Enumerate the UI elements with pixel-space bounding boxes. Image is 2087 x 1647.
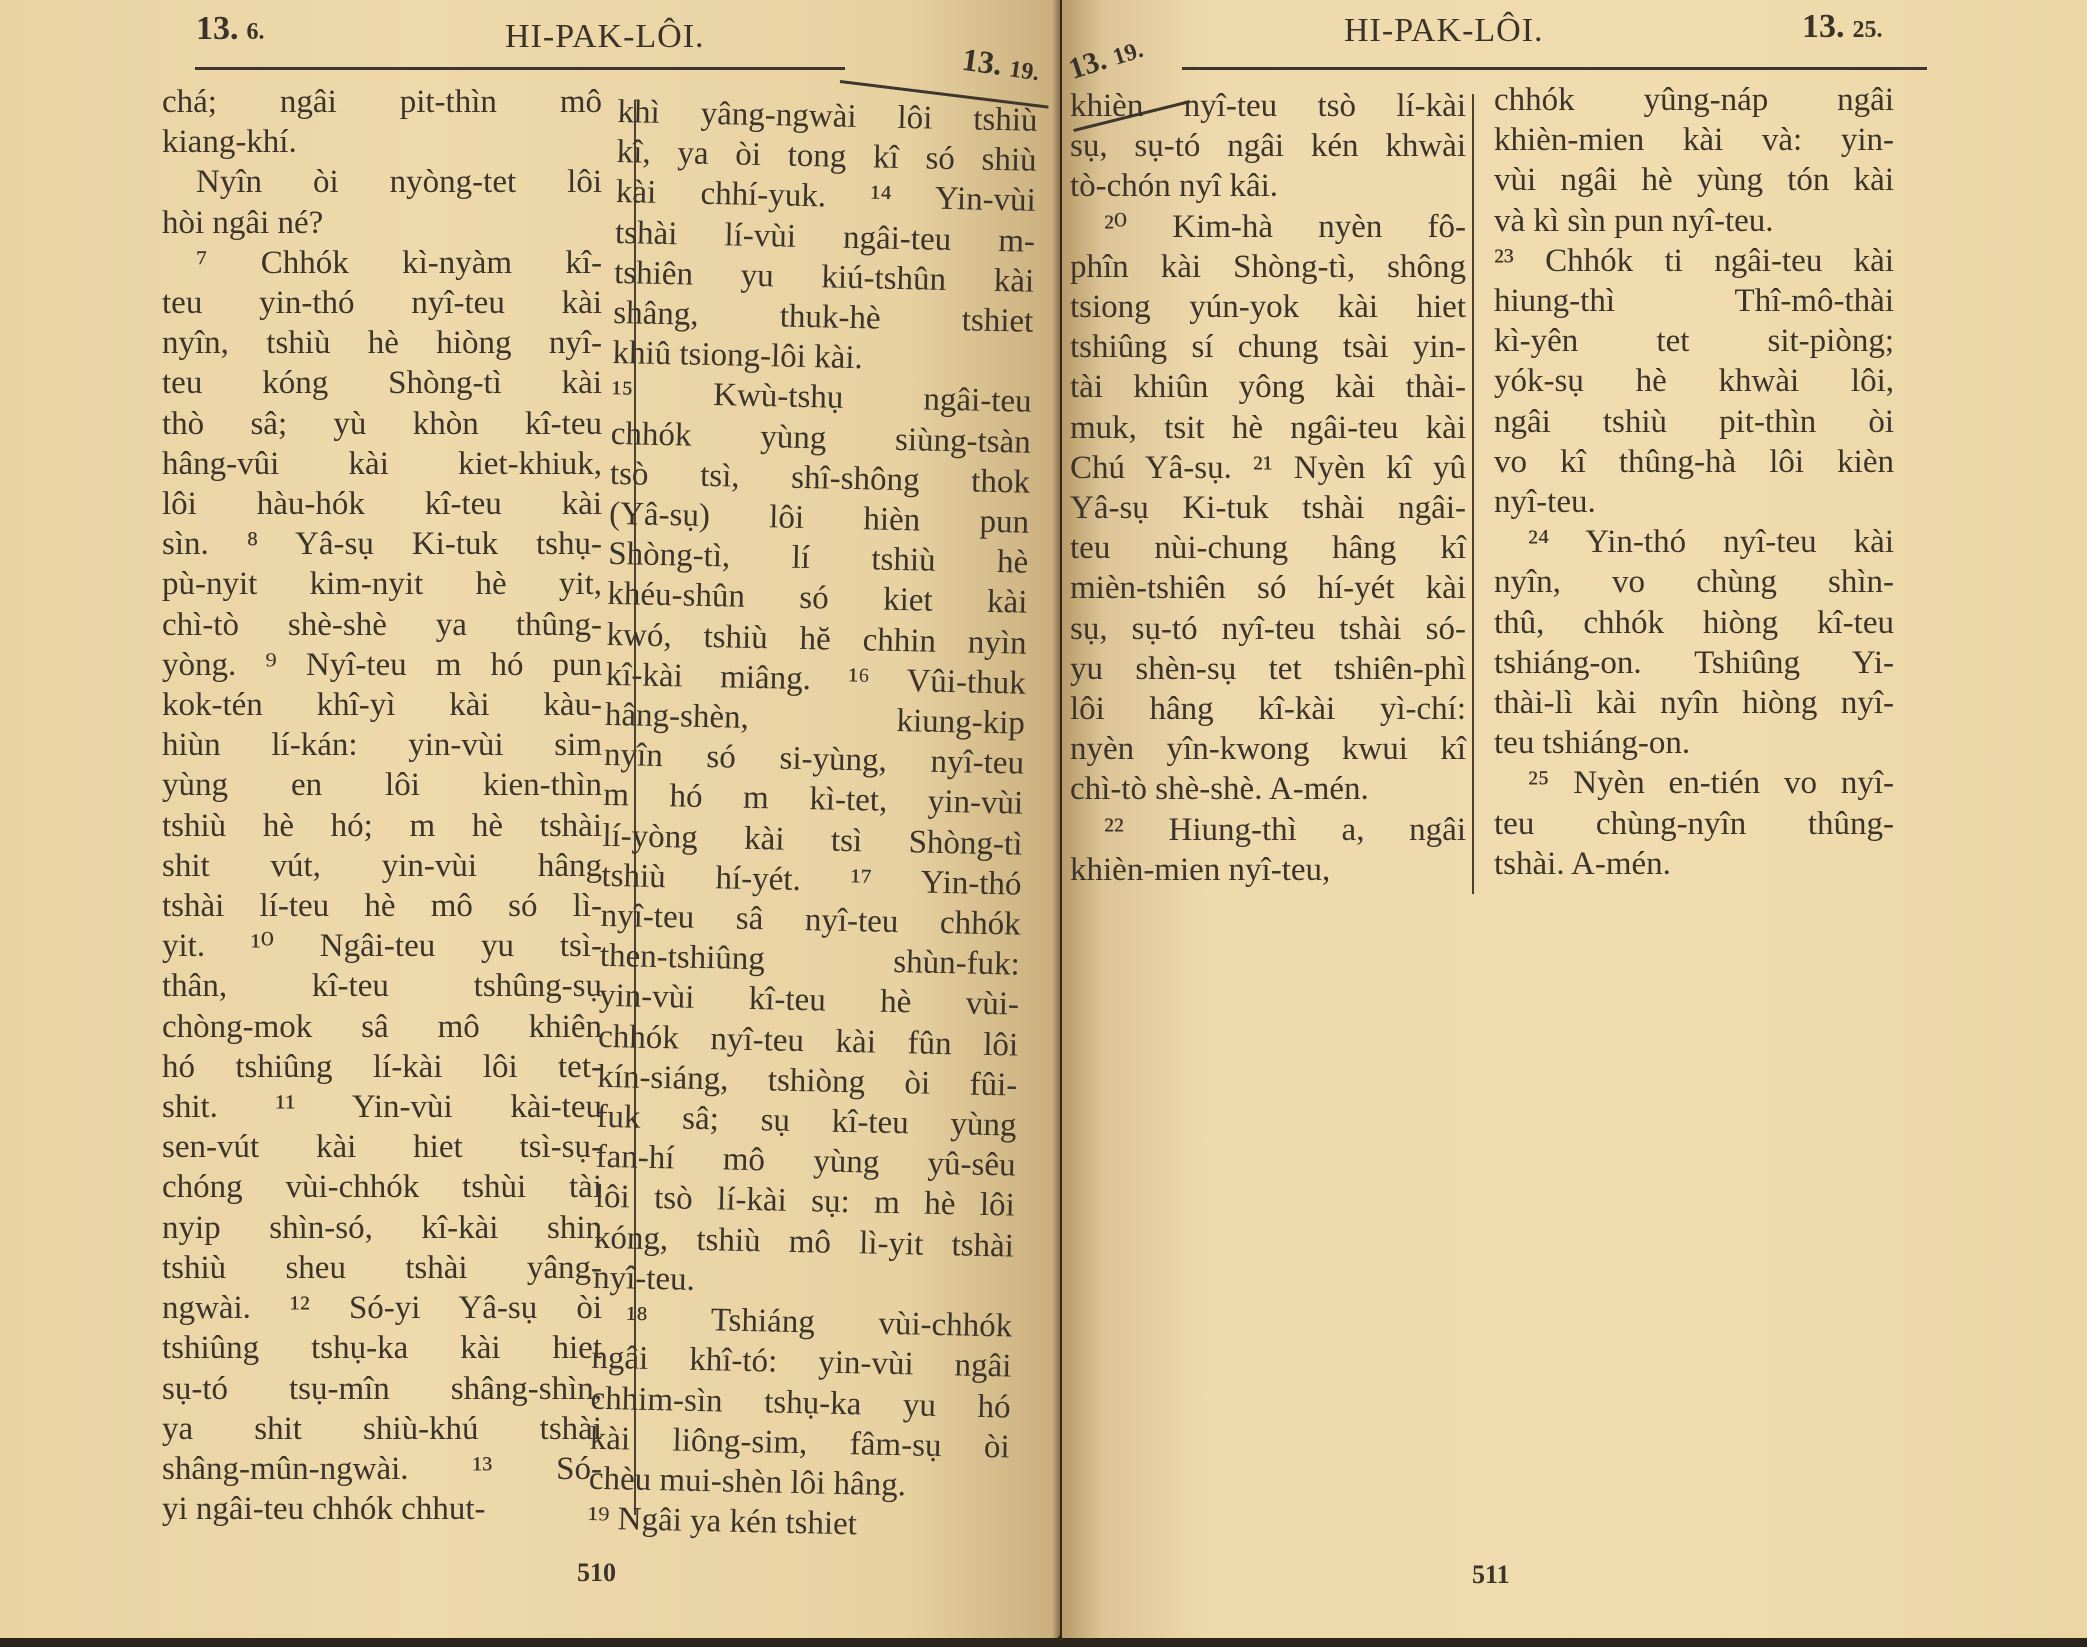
- text-line: kok-tén khî-yì kài kàu-: [162, 685, 602, 725]
- text-line: chì-tò shè-shè ya thûng-: [162, 605, 602, 645]
- text-line: tshiáng-on. Tshiûng Yi-: [1494, 643, 1894, 683]
- right-header-ref-start: 13.19.: [1065, 31, 1147, 87]
- page-number-right: 511: [1472, 1560, 1510, 1590]
- text-line: sụ, sụ-tó nyî-teu tshài só-: [1070, 609, 1466, 649]
- text-line: sụ, sụ-tó ngâi kén khwài: [1070, 126, 1466, 166]
- text-line: tshài. A-mén.: [1494, 844, 1894, 884]
- text-line: ²⁰ Kim-hà nyèn fô-: [1070, 207, 1466, 247]
- text-line: Yâ-sụ Ki-tuk tshài ngâi-: [1070, 488, 1466, 528]
- page-number-left: 510: [577, 1558, 616, 1588]
- verse-ref: 6.: [247, 19, 265, 45]
- text-line: hiùn lí-kán: yin-vùi sim: [162, 725, 602, 765]
- open-book-scan: 13.6. HI-PAK-LÔI. 13.19. chá; ngâi pit-t…: [0, 0, 2087, 1640]
- left-header-ref: 13.6.: [196, 10, 265, 48]
- text-line: hâng-vûi kài kiet-khiuk,: [162, 444, 602, 484]
- text-line: teu nùi-chung hâng kî: [1070, 528, 1466, 568]
- text-line: yók-sụ hè khwài lôi,: [1494, 361, 1894, 401]
- text-line: ya shit shiù-khú tshài: [162, 1409, 602, 1449]
- left-column-2: khì yâng-ngwài lôi tshiùkî, ya òi tong k…: [588, 92, 1038, 1548]
- text-line: chá; ngâi pit-thìn mô: [162, 82, 602, 122]
- text-line: teu chùng-nyîn thûng-: [1494, 804, 1894, 844]
- verse-ref: 25.: [1853, 17, 1883, 43]
- text-line: tshiù sheu tshài yâng-: [162, 1248, 602, 1288]
- text-line: hòi ngâi né?: [162, 203, 602, 243]
- text-line: khièn-mien kài và: yin-: [1494, 120, 1894, 160]
- text-line: ngwài. ¹² Só-yi Yâ-sụ òi: [162, 1288, 602, 1328]
- text-line: lôi hâng kî-kài yì-chí:: [1070, 689, 1466, 729]
- text-line: khièn-mien nyî-teu,: [1070, 850, 1466, 890]
- left-header-ref-end: 13.19.: [960, 41, 1042, 88]
- text-line: muk, tsit hè ngâi-teu kài: [1070, 408, 1466, 448]
- text-line: chhók yûng-náp ngâi: [1494, 80, 1894, 120]
- text-line: vùi ngâi hè yùng tón kài: [1494, 160, 1894, 200]
- text-line: sìn. ⁸ Yâ-sụ Ki-tuk tshụ-: [162, 524, 602, 564]
- text-line: phîn kài Shòng-tì, shông: [1070, 247, 1466, 287]
- text-line: ²⁵ Nyèn en-tién vo nyî-: [1494, 763, 1894, 803]
- text-line: nyîn, vo chùng shìn-: [1494, 562, 1894, 602]
- chapter-ref: 13.: [960, 41, 1005, 82]
- text-line: kiang-khí.: [162, 122, 602, 162]
- chapter-ref: 13.: [1802, 8, 1845, 45]
- text-line: yùng en lôi kien-thìn: [162, 765, 602, 805]
- text-line: tshiûng sí chung tsài yin-: [1070, 327, 1466, 367]
- text-line: teu yin-thó nyî-teu kài: [162, 283, 602, 323]
- chapter-ref: 13.: [196, 10, 239, 47]
- left-page: 13.6. HI-PAK-LÔI. 13.19. chá; ngâi pit-t…: [0, 0, 1060, 1638]
- text-line: pù-nyit kim-nyit hè yit,: [162, 564, 602, 604]
- text-line: shit vút, yin-vùi hâng: [162, 846, 602, 886]
- left-column-1: chá; ngâi pit-thìn môkiang-khí.Nyîn òi n…: [162, 82, 602, 1529]
- text-line: tsiong yún-yok kài hiet: [1070, 287, 1466, 327]
- text-line: lôi hàu-hók kî-teu kài: [162, 484, 602, 524]
- text-line: nyèn yîn-kwong kwui kî: [1070, 729, 1466, 769]
- text-line: nyip shìn-só, kî-kài shin: [162, 1208, 602, 1248]
- text-line: chóng vùi-chhók tshùi tài: [162, 1167, 602, 1207]
- text-line: ngâi tshiù pit-thìn òi: [1494, 402, 1894, 442]
- chapter-ref: 13.: [1065, 43, 1111, 86]
- text-line: teu kóng Shòng-tì kài: [162, 363, 602, 403]
- text-line: kì-yên tet sit-piòng;: [1494, 321, 1894, 361]
- text-line: và kì sìn pun nyî-teu.: [1494, 201, 1894, 241]
- header-rule: [1182, 67, 1927, 70]
- text-line: khièn nyî-teu tsò lí-kài: [1070, 86, 1466, 126]
- text-line: mièn-tshiên só hí-yét kài: [1070, 568, 1466, 608]
- text-line: thû, chhók hiòng kî-teu: [1494, 603, 1894, 643]
- text-line: teu tshiáng-on.: [1494, 723, 1894, 763]
- running-head-right: HI-PAK-LÔI.: [1344, 12, 1544, 50]
- text-line: shâng-mûn-ngwài. ¹³ Só-: [162, 1449, 602, 1489]
- right-column-1: khièn nyî-teu tsò lí-kàisụ, sụ-tó ngâi k…: [1070, 86, 1466, 890]
- text-line: vo kî thûng-hà lôi kièn: [1494, 442, 1894, 482]
- text-line: yòng. ⁹ Nyî-teu m hó pun: [162, 645, 602, 685]
- text-line: yu shèn-sụ tet tshiên-phì: [1070, 649, 1466, 689]
- text-line: tshài lí-teu hè mô só lì-: [162, 886, 602, 926]
- header-rule: [195, 67, 845, 70]
- running-head-left: HI-PAK-LÔI.: [505, 18, 705, 56]
- text-line: sụ-tó tsụ-mîn shâng-shìn,: [162, 1369, 602, 1409]
- text-line: nyî-teu.: [1494, 482, 1894, 522]
- text-line: ¹⁹ Ngâi ya kén tshiet: [588, 1499, 1009, 1548]
- text-line: yi ngâi-teu chhók chhut-: [162, 1489, 602, 1529]
- text-line: nyîn, tshiù hè hiòng nyî-: [162, 323, 602, 363]
- text-line: chòng-mok sâ mô khiên: [162, 1007, 602, 1047]
- text-line: chì-tò shè-shè. A-mén.: [1070, 769, 1466, 809]
- text-line: sen-vút kài hiet tsì-sụ-: [162, 1127, 602, 1167]
- right-header-ref: 13.25.: [1802, 8, 1883, 46]
- text-line: Nyîn òi nyòng-tet lôi: [162, 162, 602, 202]
- text-line: hiung-thì Thî-mô-thài: [1494, 281, 1894, 321]
- text-line: thân, kî-teu tshûng-sụ: [162, 966, 602, 1006]
- text-line: ⁷ Chhók kì-nyàm kî-: [162, 243, 602, 283]
- text-line: ²⁴ Yin-thó nyî-teu kài: [1494, 522, 1894, 562]
- text-line: tò-chón nyî kâi.: [1070, 166, 1466, 206]
- text-line: shit. ¹¹ Yin-vùi kài-teu: [162, 1087, 602, 1127]
- text-line: tshiûng tshụ-ka kài hiet: [162, 1328, 602, 1368]
- column-separator: [1472, 94, 1474, 894]
- text-line: tài khiûn yông kài thài-: [1070, 367, 1466, 407]
- text-line: thài-lì kài nyîn hiòng nyî-: [1494, 683, 1894, 723]
- text-line: ²³ Chhók ti ngâi-teu kài: [1494, 241, 1894, 281]
- verse-ref: 19.: [1110, 37, 1147, 71]
- text-line: yit. ¹⁰ Ngâi-teu yu tsì-: [162, 926, 602, 966]
- right-column-2: chhók yûng-náp ngâikhièn-mien kài và: yi…: [1494, 80, 1894, 884]
- verse-ref: 19.: [1008, 56, 1041, 86]
- text-line: Chú Yâ-sụ. ²¹ Nyèn kî yû: [1070, 448, 1466, 488]
- text-line: hó tshiûng lí-kài lôi tet-: [162, 1047, 602, 1087]
- text-line: tshiù hè hó; m hè tshài: [162, 806, 602, 846]
- text-line: ²² Hiung-thì a, ngâi: [1070, 810, 1466, 850]
- text-line: thò sâ; yù khòn kî-teu: [162, 404, 602, 444]
- right-page: 13.19. HI-PAK-LÔI. 13.25. khièn nyî-teu …: [1062, 0, 2087, 1638]
